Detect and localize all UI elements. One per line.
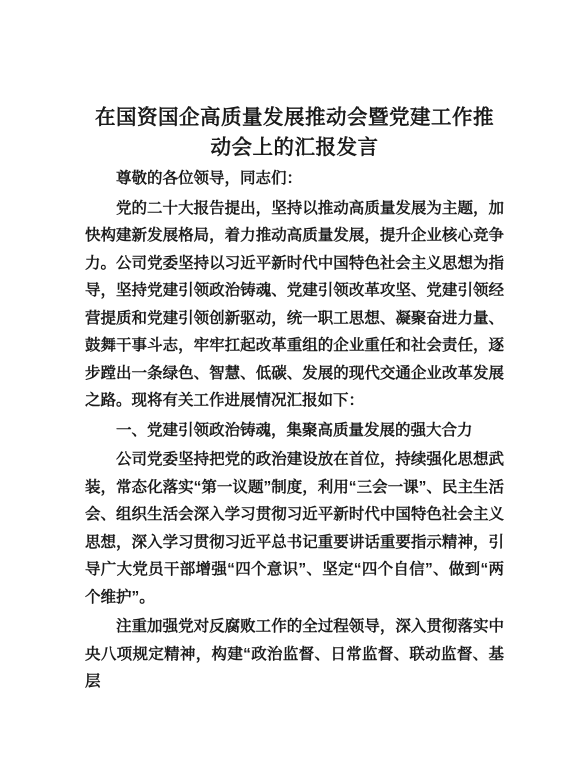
paragraph-political-building: 公司党委坚持把党的政治建设放在首位，持续强化思想武装，常态化落实“第一议题”制度… — [85, 446, 504, 611]
document-page: 在国资国企高质量发展推动会暨党建工作推动会上的汇报发言 尊敬的各位领导，同志们：… — [0, 0, 586, 759]
paragraph-intro: 党的二十大报告提出，坚持以推动高质量发展为主题，加快构建新发展格局，着力推动高质… — [85, 195, 504, 415]
paragraph-anticorruption-truncated: 注重加强党对反腐败工作的全过程领导，深入贯彻落实中央八项规定精神，构建“政治监督… — [85, 613, 504, 696]
document-title: 在国资国企高质量发展推动会暨党建工作推动会上的汇报发言 — [85, 103, 504, 163]
section-heading: 一、党建引领政治铸魂，集聚高质量发展的强大合力 — [85, 417, 504, 445]
salutation: 尊敬的各位领导，同志们： — [85, 165, 504, 193]
